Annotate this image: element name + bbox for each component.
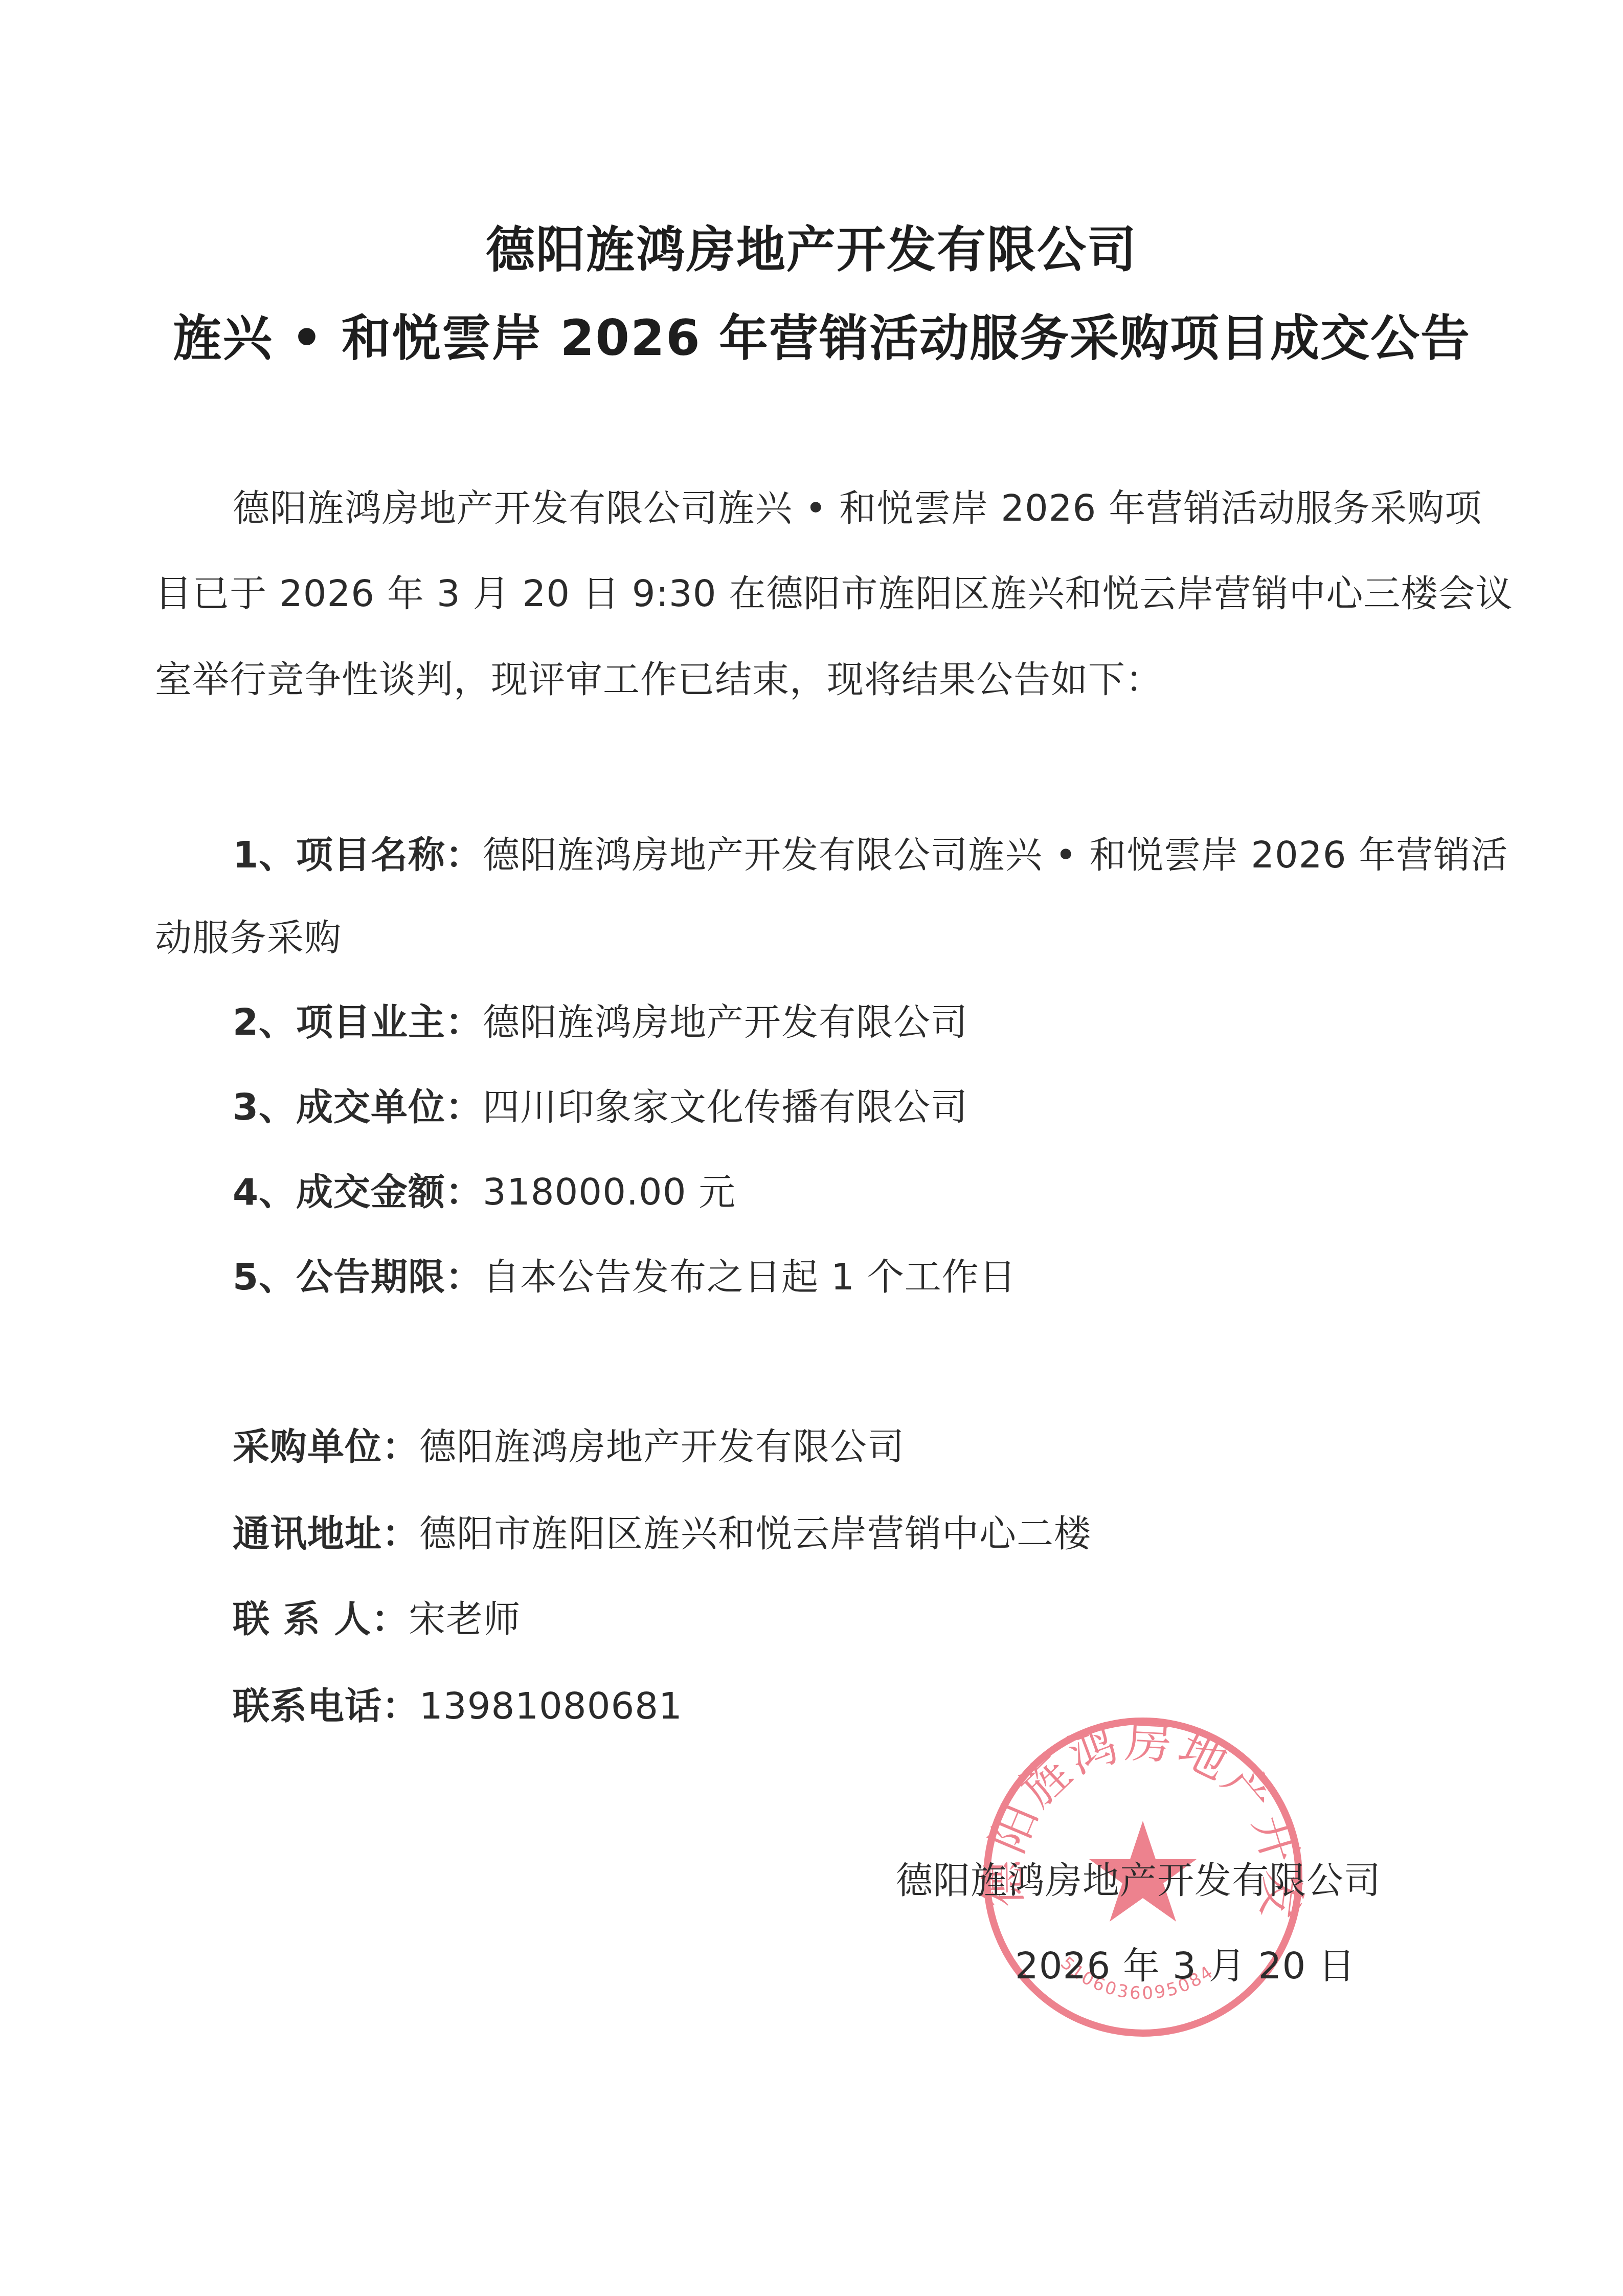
contact-value: 宋老师 — [409, 1597, 521, 1640]
contact-purchaser: 采购单位：德阳旌鸿房地产开发有限公司 — [233, 1417, 905, 1470]
item-project-name: 1、项目名称：德阳旌鸿房地产开发有限公司旌兴 • 和悦雲岸 2026 年营销活 — [233, 825, 1508, 878]
intro-line-1: 德阳旌鸿房地产开发有限公司旌兴 • 和悦雲岸 2026 年营销活动服务采购项 — [233, 478, 1482, 531]
item-contract-amount: 4、成交金额：318000.00 元 — [233, 1162, 736, 1215]
contact-value: 德阳市旌阳区旌兴和悦云岸营销中心二楼 — [419, 1512, 1091, 1555]
title-announcement: 旌兴 • 和悦雲岸 2026 年营销活动服务采购项目成交公告 — [10, 299, 1623, 369]
item-label: 4、成交金额： — [233, 1170, 483, 1213]
item-project-owner: 2、项目业主：德阳旌鸿房地产开发有限公司 — [233, 992, 968, 1045]
contact-person: 联 系 人：宋老师 — [233, 1589, 521, 1642]
contact-label: 联系电话： — [233, 1684, 419, 1727]
item-value: 自本公告发布之日起 1 个工作日 — [483, 1255, 1017, 1298]
signature-company: 德阳旌鸿房地产开发有限公司 — [896, 1851, 1381, 1904]
item-notice-period: 5、公告期限：自本公告发布之日起 1 个工作日 — [233, 1247, 1017, 1300]
item-value: 德阳旌鸿房地产开发有限公司 — [483, 1000, 968, 1043]
item-label: 5、公告期限： — [233, 1255, 483, 1298]
contact-label: 联 系 人： — [233, 1597, 409, 1640]
item-label: 2、项目业主： — [233, 1000, 483, 1043]
contact-label: 通讯地址： — [233, 1512, 419, 1555]
item-label: 1、项目名称： — [233, 833, 483, 876]
item-project-name-continuation: 动服务采购 — [155, 908, 342, 961]
contact-value: 德阳旌鸿房地产开发有限公司 — [419, 1425, 905, 1468]
item-value: 四川印象家文化传播有限公司 — [483, 1085, 968, 1128]
title-company: 德阳旌鸿房地产开发有限公司 — [0, 211, 1623, 281]
intro-line-3: 室举行竞争性谈判，现评审工作已结束，现将结果公告如下： — [155, 650, 1484, 703]
contact-label: 采购单位： — [233, 1425, 419, 1468]
item-label: 3、成交单位： — [233, 1085, 483, 1128]
item-winning-bidder: 3、成交单位：四川印象家文化传播有限公司 — [233, 1077, 968, 1130]
signature-date: 2026 年 3 月 20 日 — [1015, 1936, 1356, 1989]
item-value: 318000.00 元 — [483, 1170, 736, 1213]
contact-value: 13981080681 — [419, 1684, 683, 1727]
contact-address: 通讯地址：德阳市旌阳区旌兴和悦云岸营销中心二楼 — [233, 1504, 1091, 1557]
item-value: 德阳旌鸿房地产开发有限公司旌兴 • 和悦雲岸 2026 年营销活 — [483, 833, 1508, 876]
intro-line-2: 目已于 2026 年 3 月 20 日 9:30 在德阳市旌阳区旌兴和悦云岸营销… — [155, 564, 1484, 617]
contact-phone: 联系电话：13981080681 — [233, 1676, 683, 1729]
